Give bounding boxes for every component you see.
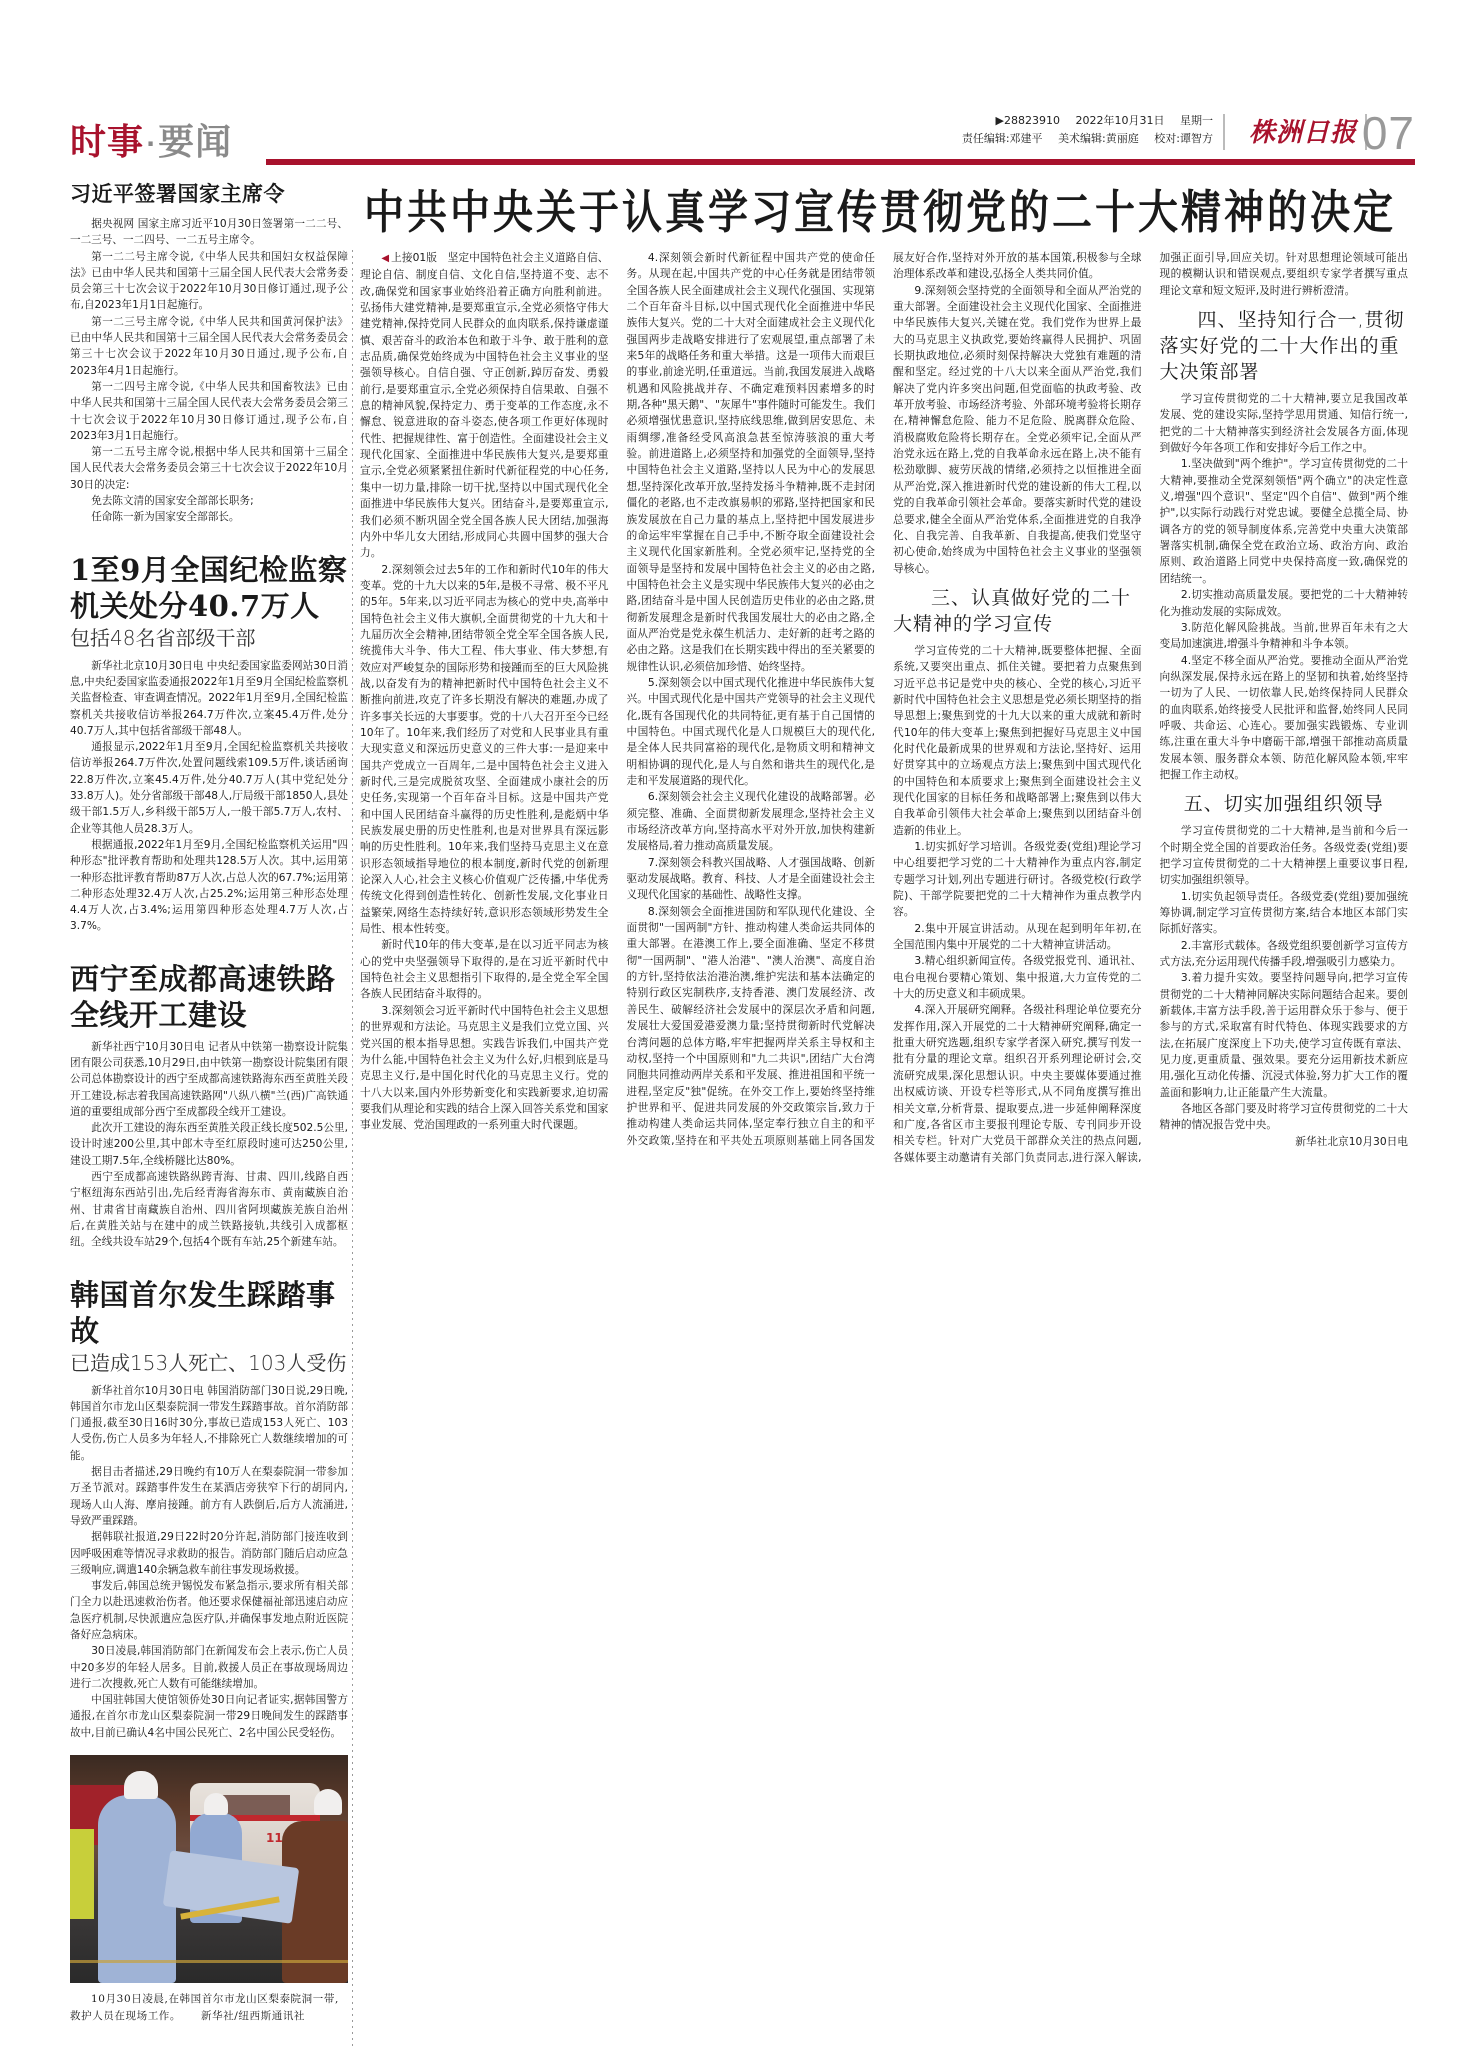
weekday: 星期一 <box>1180 114 1213 127</box>
paragraph: 通报显示,2022年1月至9月,全国纪检监察机关共接收信访举报264.7万件次,… <box>70 739 348 837</box>
paragraph: 3.深刻领会习近平新时代中国特色社会主义思想的世界观和方法论。马克思主义是我们立… <box>360 1003 609 1134</box>
paragraph: 6.深刻领会社会主义现代化建设的战略部署。必须完整、准确、全面贯彻新发展理念,坚… <box>627 789 876 854</box>
section-heading-5: 五、切实加强组织领导 <box>1160 791 1409 817</box>
divider <box>1223 114 1225 150</box>
headline: 1至9月全国纪检监察机关处分40.7万人 <box>70 552 348 624</box>
paragraph: 4.深刻领会新时代新征程中国共产党的使命任务。从现在起,中国共产党的中心任务就是… <box>627 250 876 675</box>
paragraph: 9.深刻领会坚持党的全面领导和全面从严治党的重大部署。全面建设社会主义现代化国家… <box>893 283 1142 577</box>
paragraph: 4.坚定不移全面从严治党。要推动全面从严治党向纵深发展,保持永远在路上的坚韧和执… <box>1160 653 1409 784</box>
photo-credit: 新华社/纽西斯通讯社 <box>201 2010 305 2022</box>
paragraph: 新华社首尔10月30日电 韩国消防部门30日说,29日晚,韩国首尔市龙山区梨泰院… <box>70 1383 348 1464</box>
section-label: 时事·要闻 <box>70 114 232 165</box>
art-editor: 美术编辑:黄丽庭 <box>1058 132 1139 145</box>
paragraph: 此次开工建设的海东西至黄胜关段正线长度502.5公里,设计时速200公里,其中郎… <box>70 1120 348 1169</box>
section-heading-4: 四、坚持知行合一,贯彻落实好党的二十大作出的重大决策部署 <box>1160 307 1409 385</box>
paragraph: 任命陈一新为国家安全部部长。 <box>70 509 348 525</box>
paragraph: 3.精心组织新闻宣传。各级党报党刊、通讯社、电台电视台要精心策划、集中报道,大力… <box>893 953 1142 1002</box>
paragraph: 免去陈文清的国家安全部部长职务; <box>70 493 348 509</box>
proofreader: 校对:谭智方 <box>1154 132 1213 145</box>
headline: 习近平签署国家主席令 <box>70 180 348 208</box>
paragraph: 2.切实推动高质量发展。要把党的二十大精神转化为推动发展的实际成效。 <box>1160 587 1409 620</box>
paragraph: 学习宣传贯彻党的二十大精神,要立足我国改革发展、党的建设实际,坚持学思用贯通、知… <box>1160 391 1409 456</box>
paper-logo: 株洲日报 <box>1249 112 1357 149</box>
paragraph: 据目击者描述,29日晚约有10万人在梨泰院洞一带参加万圣节派对。踩踏事件发生在某… <box>70 1464 348 1529</box>
left-news-column: 习近平签署国家主席令 据央视网 国家主席习近平10月30日签署第一二二号、一二三… <box>70 180 348 2051</box>
paragraph: 3.着力提升实效。要坚持问题导向,把学习宣传贯彻党的二十大精神同解决实际问题结合… <box>1160 970 1409 1101</box>
masthead: 时事·要闻 ▶28823910 2022年10月31日 星期一 责任编辑:邓建平… <box>70 110 1415 166</box>
subheadline: 已造成153人死亡、103人受伤 <box>70 1349 348 1377</box>
news-photo: 119 <box>70 1755 348 1983</box>
story-discipline-inspection: 1至9月全国纪检监察机关处分40.7万人 包括48名省部级干部 新华社北京10月… <box>70 552 348 935</box>
paragraph: 1.切实负起领导责任。各级党委(党组)要加强统筹协调,制定学习宣传贯彻方案,结合… <box>1160 889 1409 938</box>
paragraph: 西宁至成都高速铁路纵跨青海、甘肃、四川,线路自西宁枢纽海东西站引出,先后经青海省… <box>70 1169 348 1250</box>
paragraph: 新时代10年的伟大变革,是在以习近平同志为核心的党中央坚强领导下取得的,是在习近… <box>360 937 609 1002</box>
main-article-body: ◀上接01版 坚定中国特色社会主义道路自信、理论自信、制度自信、文化自信,坚持道… <box>360 250 1408 2050</box>
paragraph: 30日凌晨,韩国消防部门在新闻发布会上表示,伤亡人员中20多岁的年轻人居多。目前… <box>70 1643 348 1692</box>
paragraph: ◀上接01版 坚定中国特色社会主义道路自信、理论自信、制度自信、文化自信,坚持道… <box>360 250 609 562</box>
edition-meta: ▶28823910 2022年10月31日 星期一 责任编辑:邓建平 美术编辑:… <box>962 112 1213 148</box>
headline: 西宁至成都高速铁路全线开工建设 <box>70 961 348 1033</box>
story-xining-chengdu-railway: 西宁至成都高速铁路全线开工建设 新华社西宁10月30日电 记者从中铁第一勘察设计… <box>70 961 348 1251</box>
paragraph: 学习宣传贯彻党的二十大精神,是当前和今后一个时期全党全国的首要政治任务。各级党委… <box>1160 823 1409 888</box>
paragraph: 2.丰富形式载体。各级党组织要创新学习宣传方式方法,充分运用现代传播手段,增强吸… <box>1160 938 1409 971</box>
header-rule <box>266 159 1415 165</box>
editor: 责任编辑:邓建平 <box>962 132 1043 145</box>
paragraph: 事发后,韩国总统尹锡悦发布紧急指示,要求所有相关部门全力以赴迅速救治伤者。他还要… <box>70 1578 348 1643</box>
end-byline: 新华社北京10月30日电 <box>1160 1134 1409 1150</box>
section-main: 时事 <box>70 122 144 163</box>
section-sub: 要闻 <box>158 122 232 163</box>
subheadline: 包括48名省部级干部 <box>70 624 348 652</box>
paragraph: 第一二三号主席令说,《中华人民共和国黄河保护法》已由中华人民共和国第十三届全国人… <box>70 314 348 379</box>
paragraph: 5.深刻领会以中国式现代化推进中华民族伟大复兴。中国式现代化是中国共产党领导的社… <box>627 675 876 789</box>
paragraph: 第一二四号主席令说,《中华人民共和国畜牧法》已由中华人民共和国第十三届全国人民代… <box>70 379 348 444</box>
paragraph: 7.深刻领会科教兴国战略、人才强国战略、创新驱动发展战略。教育、科技、人才是全面… <box>627 855 876 904</box>
paragraph: 新华社北京10月30日电 中央纪委国家监委网站30日消息,中央纪委国家监委通报2… <box>70 658 348 739</box>
paragraph: 各地区各部门要及时将学习宣传贯彻党的二十大精神的情况报告党中央。 <box>1160 1101 1409 1134</box>
issue-date: 2022年10月31日 <box>1076 114 1165 127</box>
paragraph: 2.集中开展宣讲活动。从现在起到明年年初,在全国范围内集中开展党的二十大精神宣讲… <box>893 921 1142 954</box>
paragraph: 学习宣传党的二十大精神,既要整体把握、全面系统,又要突出重点、抓住关键。要把着力… <box>893 643 1142 839</box>
continue-from: 上接01版 <box>391 251 437 264</box>
headline: 韩国首尔发生踩踏事故 <box>70 1277 348 1349</box>
column-divider <box>352 250 353 2050</box>
paragraph: 中国驻韩国大使馆领侨处30日向记者证实,据韩国警方通报,在首尔市龙山区梨泰院洞一… <box>70 1692 348 1741</box>
story-presidential-order: 习近平签署国家主席令 据央视网 国家主席习近平10月30日签署第一二二号、一二三… <box>70 180 348 526</box>
paragraph: 根据通报,2022年1月至9月,全国纪检监察机关运用"四种形态"批评教育帮助和处… <box>70 837 348 935</box>
section-heading-3: 三、认真做好党的二十大精神的学习宣传 <box>893 585 1142 637</box>
paragraph: 据韩联社报道,29日22时20分许起,消防部门接连收到因呼吸困难等情况寻求救助的… <box>70 1529 348 1578</box>
paragraph: 据央视网 国家主席习近平10月30日签署第一二二号、一二三号、一二四号、一二五号… <box>70 216 348 249</box>
photo-caption: 10月30日凌晨,在韩国首尔市龙山区梨泰院洞一带,救护人员在现场工作。新华社/纽… <box>70 1991 348 2025</box>
paragraph: 第一二二号主席令说,《中华人民共和国妇女权益保障法》已由中华人民共和国第十三届全… <box>70 249 348 314</box>
paragraph: 3.防范化解风险挑战。当前,世界百年未有之大变局加速演进,增强斗争精神和斗争本领… <box>1160 620 1409 653</box>
paragraph: 新华社西宁10月30日电 记者从中铁第一勘察设计院集团有限公司获悉,10月29日… <box>70 1039 348 1120</box>
main-headline: 中共中央关于认真学习宣传贯彻党的二十大精神的决定 <box>355 182 1405 244</box>
hotline: ▶28823910 <box>996 114 1060 127</box>
paragraph: 1.切实抓好学习培训。各级党委(党组)理论学习中心组要把学习党的二十大精神作为重… <box>893 839 1142 921</box>
story-seoul-crowd-crush: 韩国首尔发生踩踏事故 已造成153人死亡、103人受伤 新华社首尔10月30日电… <box>70 1277 348 2026</box>
paragraph: 1.坚决做到"两个维护"。学习宣传贯彻党的二十大精神,要推动全党深刻领悟"两个确… <box>1160 456 1409 587</box>
paragraph: 第一二五号主席令说,根据中华人民共和国第十三届全国人民代表大会常务委员会第三十七… <box>70 444 348 493</box>
paragraph: 2.深刻领会过去5年的工作和新时代10年的伟大变革。党的十九大以来的5年,是极不… <box>360 562 609 938</box>
page-number: 07 <box>1362 106 1415 160</box>
section-dot: · <box>146 130 156 158</box>
continue-arrow-icon: ◀ <box>381 253 389 264</box>
